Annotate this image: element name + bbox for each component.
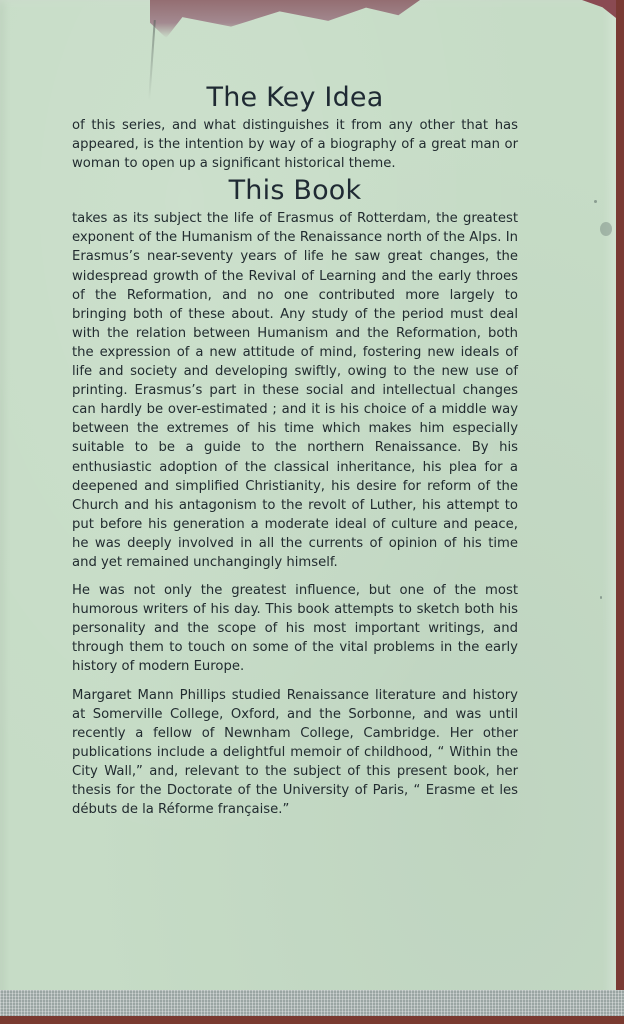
author-bio-paragraph: Margaret Mann Phillips studied Renaissan… — [72, 686, 518, 820]
this-book-paragraph-1: takes as its subject the life of Erasmus… — [72, 209, 518, 572]
paper-stain — [600, 222, 612, 236]
torn-edge-top — [150, 0, 420, 38]
this-book-paragraph-2: He was not only the greatest influence, … — [72, 581, 518, 676]
key-idea-text: of this series, and what distinguishes i… — [72, 116, 518, 173]
paper-speck — [600, 596, 602, 599]
this-book-heading: This Book — [72, 173, 518, 209]
dust-jacket-back-cover: The Key Idea of this series, and what di… — [0, 0, 616, 1010]
torn-corner-right — [582, 0, 616, 18]
key-idea-heading: The Key Idea — [72, 80, 518, 116]
board-edge — [0, 1016, 624, 1024]
paper-speck — [594, 200, 597, 203]
jacket-text-block: The Key Idea of this series, and what di… — [72, 80, 518, 819]
